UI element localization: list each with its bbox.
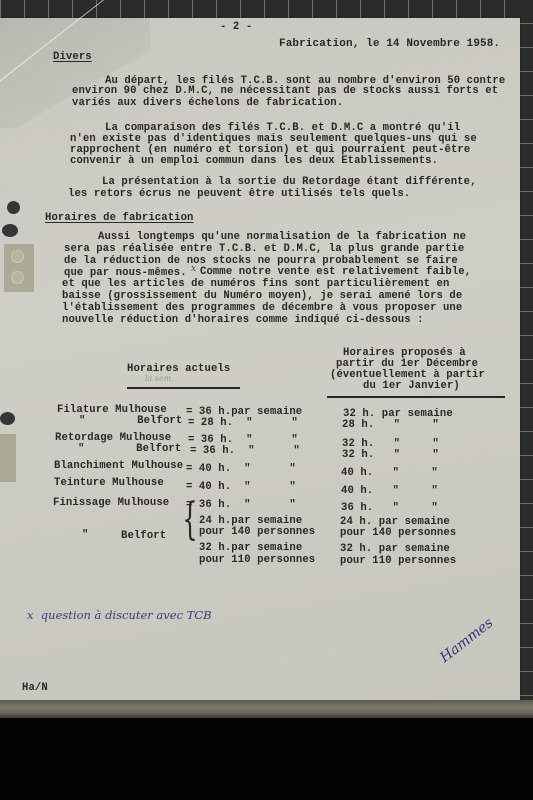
table-row-current: = 40 h. " " [186, 481, 296, 493]
table-row-current: = 36 h. " " [190, 445, 300, 457]
paragraph-line: variés aux divers échelons de fabricatio… [72, 97, 343, 109]
table-row-label: Teinture Mulhouse [54, 477, 164, 489]
table-row-proposed: 32 h. par semaine [340, 543, 450, 555]
table-row-label: Belfort [121, 530, 166, 542]
annotation-mark: x [191, 264, 196, 274]
paragraph-line: nouvelle réduction d'horaires comme indi… [62, 314, 424, 326]
table-row-current: = 40 h. " " [186, 463, 296, 475]
table-header-current: Horaires actuels [127, 363, 230, 375]
table-row-label: " Belfort [78, 443, 181, 455]
paragraph-line: l'établissement des programmes de décemb… [62, 302, 462, 314]
paragraph-line: sera pas réalisée entre T.C.B. et D.M.C,… [64, 243, 464, 255]
header-place-date: Fabrication, le 14 Novembre 1958. [279, 38, 500, 50]
brace-symbol: { [182, 498, 197, 542]
punch-hole [2, 224, 18, 237]
table-row-label: Blanchiment Mulhouse [54, 460, 183, 472]
table-row-current: = 36 h. " " [186, 499, 296, 511]
handwritten-note: x question à discuter avec TCB [27, 608, 212, 622]
punch-hole [0, 412, 15, 425]
paragraph-line: environ 90 chez D.M.C, ne nécessitant pa… [72, 85, 498, 97]
table-row-current: = 28 h. " " [188, 417, 298, 429]
table-row-proposed: 28 h. " " [342, 419, 439, 431]
paragraph-line: Aussi longtemps qu'une normalisation de … [98, 231, 466, 243]
table-row-current: pour 110 personnes [199, 554, 315, 566]
paragraph-line: baisse (grossissement du Numéro moyen), … [62, 290, 462, 302]
paragraph-line: et que les articles de numéros fins sont… [62, 278, 449, 290]
table-row-label-ditto: " [82, 529, 88, 541]
header-underline-current [127, 387, 240, 389]
section-title-divers: Divers [53, 51, 92, 63]
pencil-note: la sem. [145, 374, 174, 383]
table-row-proposed: 40 h. " " [341, 485, 438, 497]
paragraph-line: les retors écrus ne peuvent être utilisé… [68, 188, 410, 200]
table-row-proposed: 36 h. " " [341, 502, 438, 514]
background-grid-right [520, 0, 533, 720]
table-row-current: pour 140 personnes [199, 526, 315, 538]
page-number: - 2 - [220, 21, 252, 33]
paragraph-line: Comme notre vente est relativement faibl… [200, 266, 471, 278]
table-row-proposed: pour 140 personnes [340, 527, 456, 539]
punch-hole [7, 201, 20, 214]
table-row-label: Finissage Mulhouse [53, 497, 169, 509]
punch-hole [11, 250, 24, 263]
section-title-horaires: Horaires de fabrication [45, 212, 194, 224]
underlying-page-corner [0, 18, 150, 128]
table-row-label: " Belfort [79, 415, 182, 427]
metal-frame-edge [0, 700, 533, 718]
document-page: - 2 - Fabrication, le 14 Novembre 1958. … [0, 18, 520, 703]
tape-patch [0, 434, 16, 482]
tape-patch [4, 244, 34, 292]
table-row-proposed: 32 h. " " [342, 449, 439, 461]
header-underline-proposed [327, 396, 505, 398]
paragraph-line: convenir à un emploi commun dans les deu… [70, 155, 438, 167]
table-header-proposed-line: du 1er Janvier) [363, 380, 460, 392]
reference-initials: Ha/N [22, 682, 48, 694]
table-row-proposed: 40 h. " " [341, 467, 438, 479]
dark-background [0, 718, 533, 800]
table-row-current: 32 h.par semaine [199, 542, 302, 554]
table-row-proposed: pour 110 personnes [340, 555, 456, 567]
punch-hole [11, 271, 24, 284]
paragraph-line: La présentation à la sortie du Retordage… [102, 176, 477, 188]
